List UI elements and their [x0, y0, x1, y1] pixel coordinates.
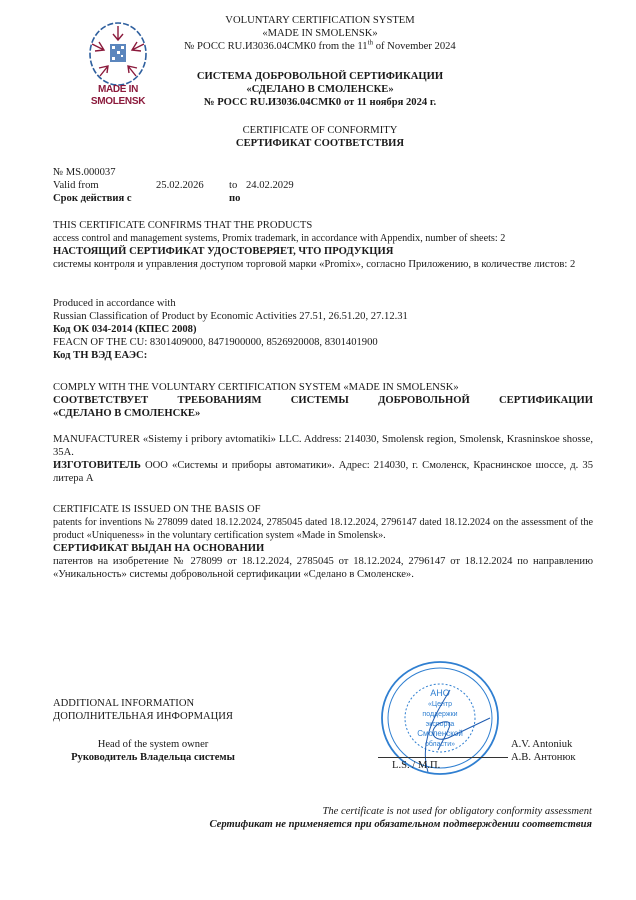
system-header-en: VOLUNTARY CERTIFICATION SYSTEM «MADE IN …	[150, 14, 490, 53]
signatory-role-en: Head of the system owner	[53, 738, 253, 751]
ls-label: L.S. / М.П.	[392, 759, 440, 772]
header-ru-line1: СИСТЕМА ДОБРОВОЛЬНОЙ СЕРТИФИКАЦИИ	[150, 70, 490, 83]
title-en: CERTIFICATE OF CONFORMITY	[150, 124, 490, 137]
certificate-number: № MS.000037	[53, 166, 593, 179]
classification-line2: Russian Classification of Product by Eco…	[53, 310, 593, 323]
valid-to-date: 24.02.2029	[246, 179, 294, 192]
classification-section: Produced in accordance with Russian Clas…	[53, 297, 593, 362]
signatory-names: A.V. Antoniuk А.В. Антонюк	[511, 738, 576, 764]
signatory-name-ru: А.В. Антонюк	[511, 751, 576, 764]
signatory-role-ru: Руководитель Владельца системы	[53, 751, 253, 764]
to-label-ru: по	[229, 192, 240, 205]
header-en-line1: VOLUNTARY CERTIFICATION SYSTEM	[150, 14, 490, 27]
title-ru: СЕРТИФИКАТ СООТВЕТСТВИЯ	[150, 137, 490, 150]
footer-note-ru: Сертификат не применяется при обязательн…	[210, 818, 593, 831]
header-en-registration: № РОСС RU.И3036.04СМК0 from the 11th of …	[150, 40, 490, 53]
valid-from-date: 25.02.2026	[156, 179, 229, 192]
svg-text:Смоленской: Смоленской	[417, 729, 463, 738]
basis-text-ru: патентов на изобретение № 278099 от 18.1…	[53, 555, 593, 581]
comply-ru-line2: «СДЕЛАНО В СМОЛЕНСКЕ»	[53, 407, 593, 420]
valid-from-label-ru: Срок действия с	[53, 192, 229, 205]
signatory-role: Head of the system owner Руководитель Вл…	[53, 738, 253, 764]
basis-heading-en: CERTIFICATE IS ISSUED ON THE BASIS OF	[53, 503, 593, 516]
svg-text:АНО: АНО	[430, 688, 450, 698]
comply-ru-line1: СООТВЕТСТВУЕТ ТРЕБОВАНИЯМ СИСТЕМЫ ДОБРОВ…	[53, 394, 593, 407]
basis-text-en: patents for inventions № 278099 dated 18…	[53, 516, 593, 542]
products-section: THIS CERTIFICATE CONFIRMS THAT THE PRODU…	[53, 219, 593, 271]
additional-info-en: ADDITIONAL INFORMATION	[53, 697, 233, 710]
additional-info: ADDITIONAL INFORMATION ДОПОЛНИТЕЛЬНАЯ ИН…	[53, 697, 233, 723]
certificate-validity: № MS.000037 Valid from 25.02.2026 to 24.…	[53, 166, 593, 205]
products-heading-ru: НАСТОЯЩИЙ СЕРТИФИКАТ УДОСТОВЕРЯЕТ, ЧТО П…	[53, 245, 593, 258]
valid-row-ru: Срок действия с по	[53, 192, 593, 205]
signatory-name-en: A.V. Antoniuk	[511, 738, 576, 751]
header-ru-line2: «СДЕЛАНО В СМОЛЕНСКЕ»	[150, 83, 490, 96]
products-heading-en: THIS CERTIFICATE CONFIRMS THAT THE PRODU…	[53, 219, 593, 232]
to-label-en: to	[229, 179, 246, 192]
feacn-codes: FEACN OF THE CU: 8301409000, 8471900000,…	[53, 336, 593, 349]
basis-section: CERTIFICATE IS ISSUED ON THE BASIS OF pa…	[53, 503, 593, 581]
manufacturer-en: MANUFACTURER «Sistemy i pribory avtomati…	[53, 433, 593, 459]
basis-heading-ru: СЕРТИФИКАТ ВЫДАН НА ОСНОВАНИИ	[53, 542, 593, 555]
system-header-ru: СИСТЕМА ДОБРОВОЛЬНОЙ СЕРТИФИКАЦИИ «СДЕЛА…	[150, 70, 490, 109]
reg-prefix: № РОСС RU.И3036.04СМК0 from the 11	[184, 41, 367, 52]
okpd-code-label: Код ОК 034-2014 (КПЕС 2008)	[53, 323, 593, 336]
footer-note: The certificate is not used for obligato…	[210, 805, 593, 831]
products-text-en: access control and management systems, P…	[53, 232, 593, 245]
reg-suffix: of November 2024	[373, 41, 456, 52]
products-text-ru: системы контроля и управления доступом т…	[53, 258, 593, 271]
valid-row-en: Valid from 25.02.2026 to 24.02.2029	[53, 179, 593, 192]
footer-note-en: The certificate is not used for obligato…	[210, 805, 593, 818]
comply-section: COMPLY WITH THE VOLUNTARY CERTIFICATION …	[53, 381, 593, 420]
additional-info-ru: ДОПОЛНИТЕЛЬНАЯ ИНФОРМАЦИЯ	[53, 710, 233, 723]
manufacturer-ru: ИЗГОТОВИТЕЛЬ ООО «Системы и приборы авто…	[53, 459, 593, 485]
classification-line1: Produced in accordance with	[53, 297, 593, 310]
header-en-line2: «MADE IN SMOLENSK»	[150, 27, 490, 40]
manufacturer-ru-label: ИЗГОТОВИТЕЛЬ	[53, 460, 141, 471]
signature-line	[378, 757, 508, 758]
feacn-label-ru: Код ТН ВЭД ЕАЭС:	[53, 349, 593, 362]
svg-text:поддержки: поддержки	[422, 711, 457, 718]
document-title: CERTIFICATE OF CONFORMITY СЕРТИФИКАТ СОО…	[150, 124, 490, 150]
valid-from-label-en: Valid from	[53, 179, 156, 192]
header-ru-registration: № РОСС RU.И3036.04СМК0 от 11 ноября 2024…	[150, 96, 490, 109]
manufacturer-section: MANUFACTURER «Sistemy i pribory avtomati…	[53, 433, 593, 485]
comply-en: COMPLY WITH THE VOLUNTARY CERTIFICATION …	[53, 381, 593, 394]
